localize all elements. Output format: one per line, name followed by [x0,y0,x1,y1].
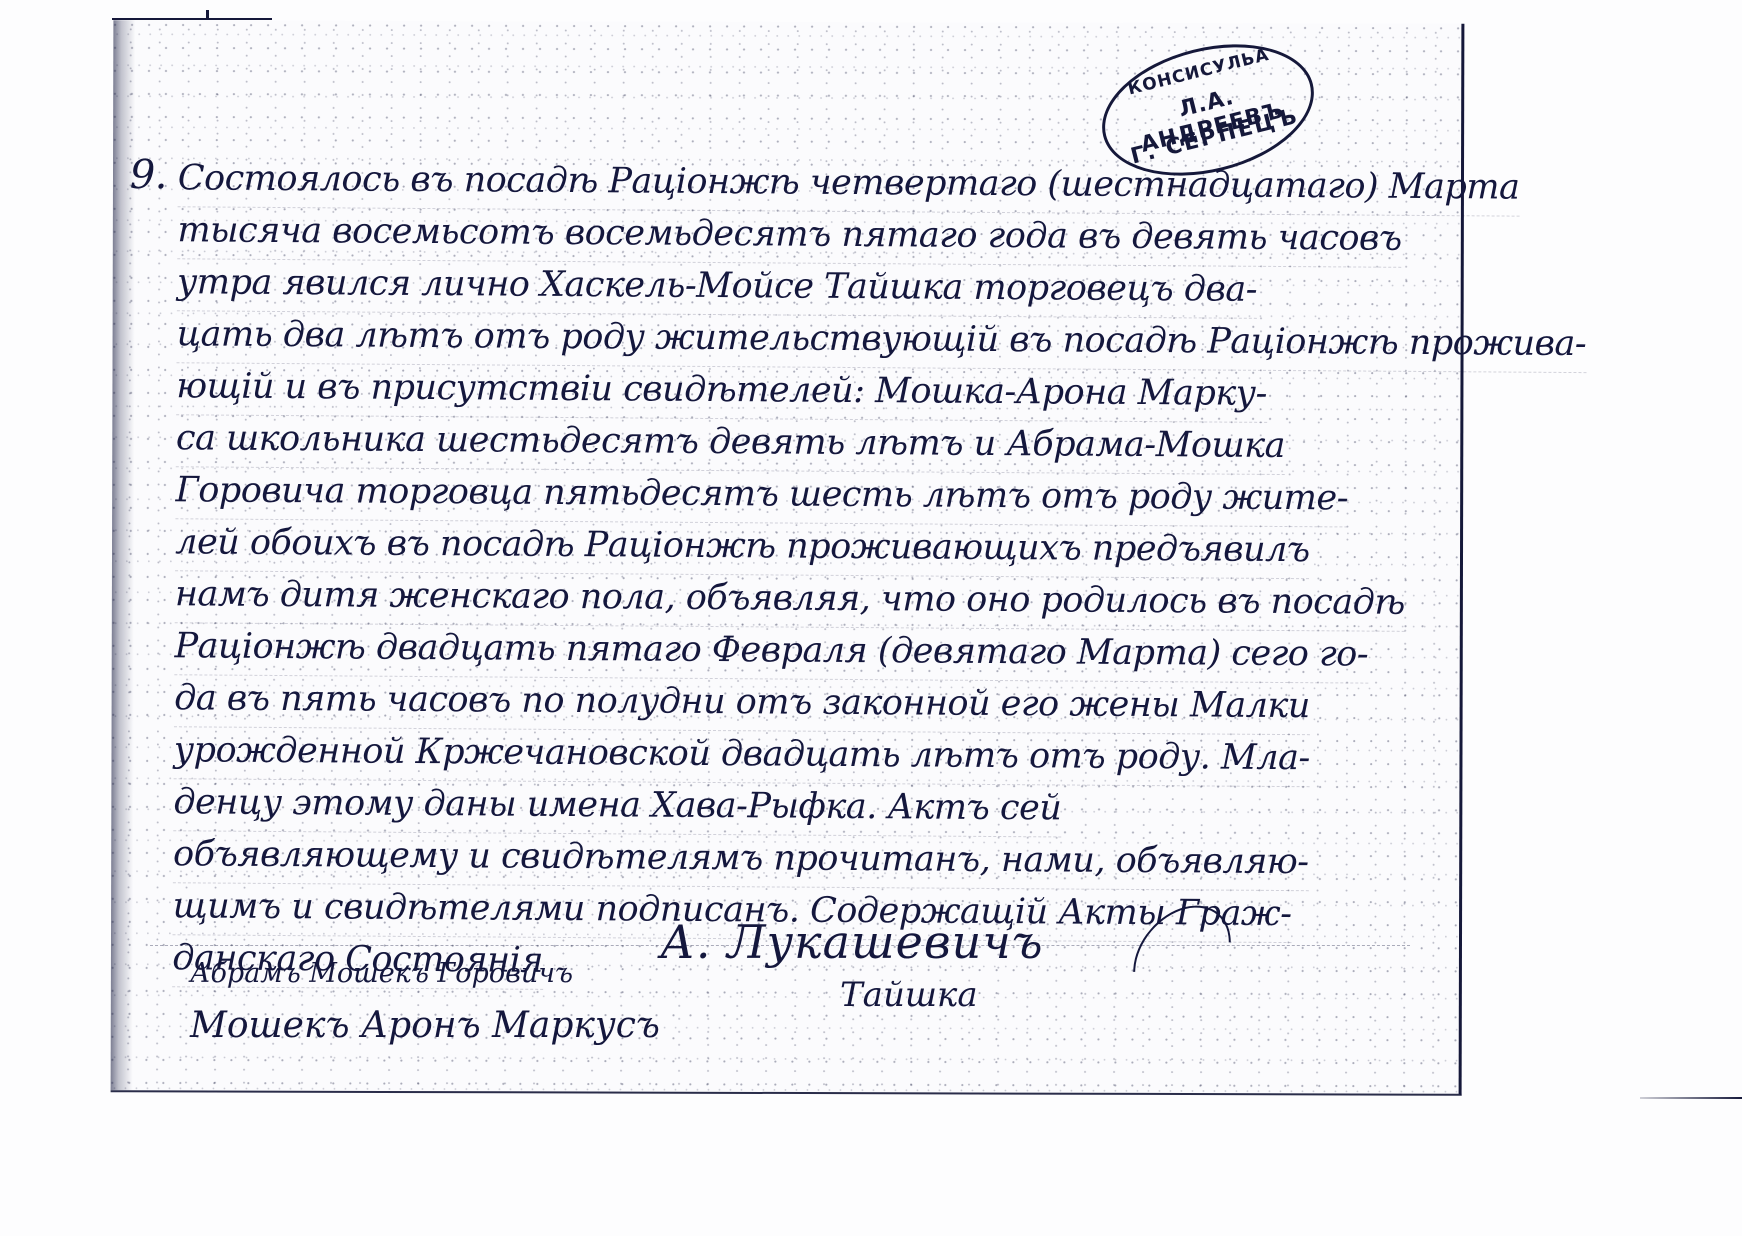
registrar-signature: А. Лукашевичъ [660,915,1044,969]
witness-1-signature: Абрамъ Мошекъ Горовичъ [190,958,573,989]
declarant-signature: Тайшка [840,975,978,1015]
top-edge-tick [206,10,209,20]
witness-2-signature: Мошекъ Аронъ Маркусъ [190,1005,660,1046]
bottom-edge-rule [1640,1097,1742,1099]
scanned-page: КОНСИСУЛЬА Л.А. АНДРЕЕВЪ Г. СЕРПЕЦЪ 9. С… [0,0,1742,1236]
record-number: 9. [130,152,167,198]
